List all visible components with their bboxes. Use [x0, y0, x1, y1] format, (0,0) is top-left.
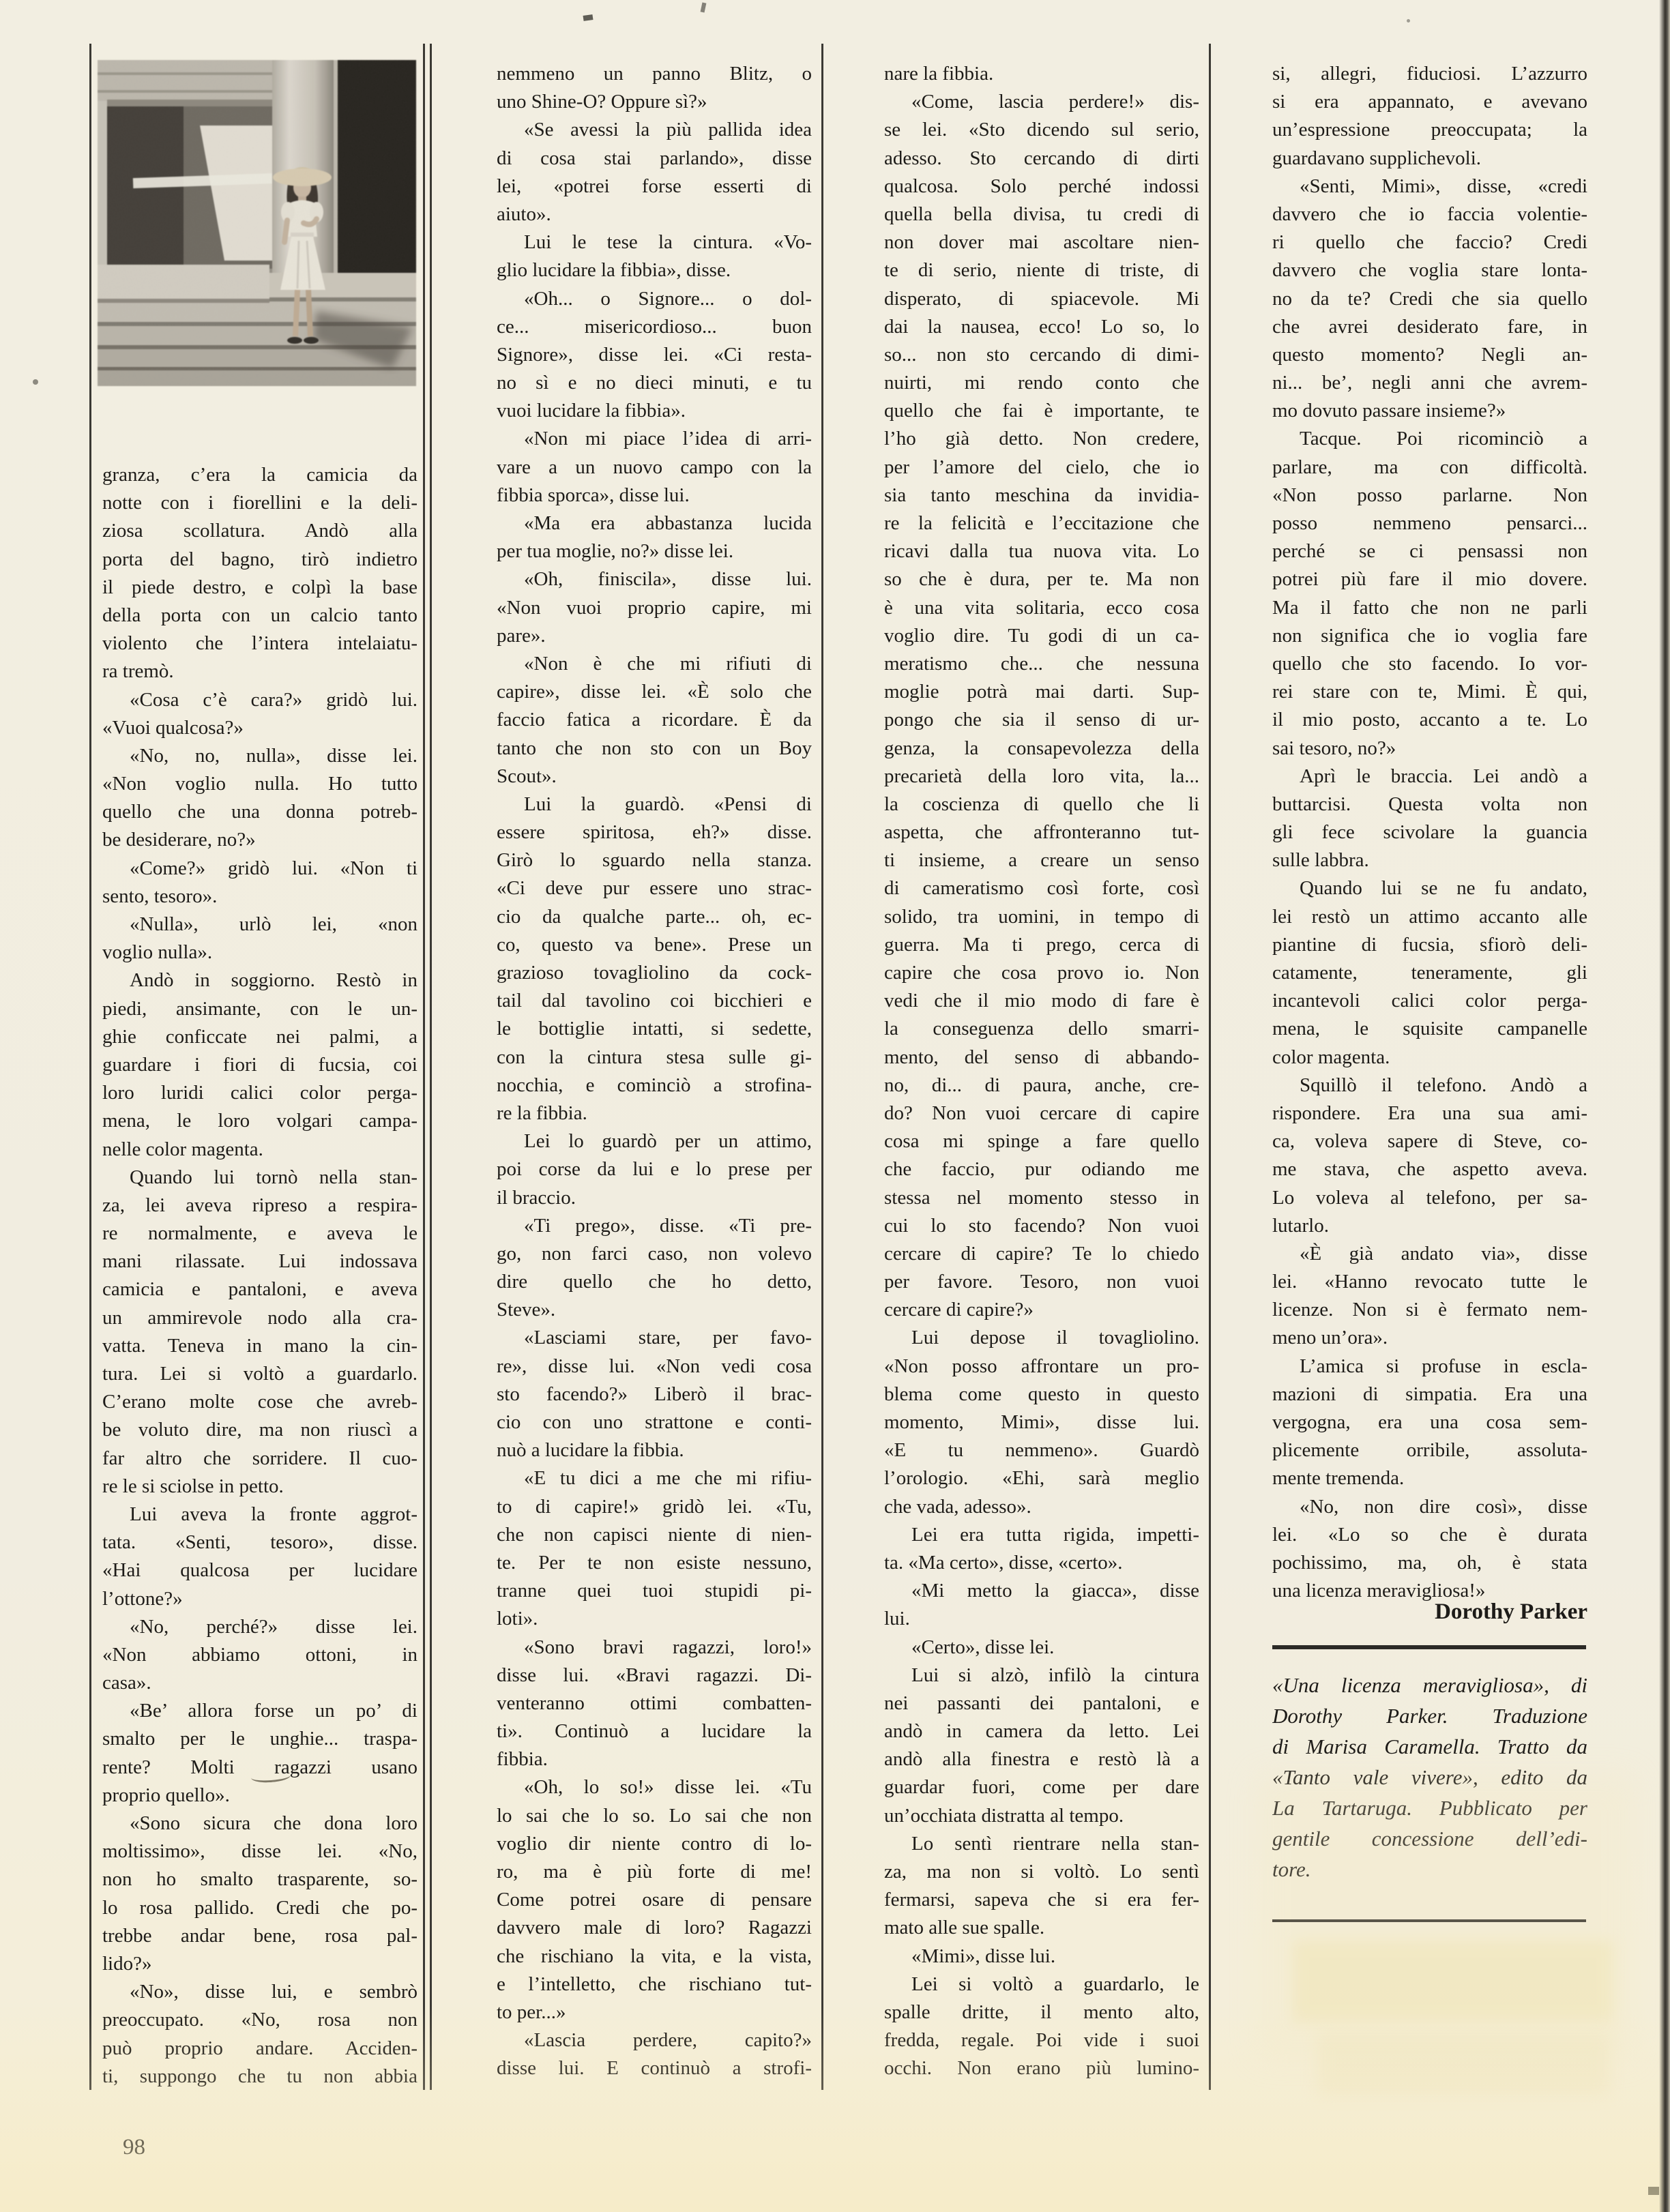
text-line: ghie conficcate nei palmi, a: [102, 1023, 417, 1051]
text-line: «Lascia perdere, capito?»: [497, 2026, 812, 2054]
text-line: ro, ma è più forte di me!: [497, 1858, 812, 1886]
text-line: mo dovuto passare insieme?»: [1272, 397, 1587, 425]
text-line: faccio fatica a ricordare. È da: [497, 706, 812, 734]
text-line: violento che l’intera intelaiatu-: [102, 630, 417, 658]
text-line: nuirti, mi rendo conto che: [884, 369, 1199, 397]
text-line: che non capisci niente di nien-: [497, 1521, 812, 1549]
text-line: che vada, adesso».: [884, 1493, 1199, 1521]
text-line: guerra. Ma ti prego, cerca di: [884, 931, 1199, 959]
text-line: mena, le squisite campanelle: [1272, 1015, 1587, 1043]
text-line: poi corse da lui e lo prese per: [497, 1155, 812, 1183]
text-line: occhi. Non erano più lumino-: [884, 2054, 1199, 2082]
credit-box: «Una licenza meravigliosa», diDorothy Pa…: [1272, 1670, 1587, 1885]
text-line: mento, del senso di abbando-: [884, 1044, 1199, 1072]
text-line: mazioni di simpatia. Era una: [1272, 1381, 1587, 1409]
text-line: tura. Lei si voltò a guardarlo.: [102, 1360, 417, 1388]
text-line: vatta. Teneva in mano la cin-: [102, 1332, 417, 1360]
text-line: lei. «Hanno revocato tutte le: [1272, 1268, 1587, 1296]
scan-speck: [701, 3, 707, 13]
text-line: nuò a lucidare la fibbia.: [497, 1436, 812, 1464]
text-line: posso nemmeno pensarci...: [1272, 510, 1587, 537]
text-line: sia tanto meschina da invidia-: [884, 482, 1199, 510]
text-line: voglio dire. Tu godi di un ca-: [884, 622, 1199, 650]
text-line: «Non posso affrontare un pro-: [884, 1353, 1199, 1381]
text-line: solido, tra uomini, in tempo di: [884, 903, 1199, 931]
text-line: si, allegri, fiduciosi. L’azzurro: [1272, 60, 1587, 88]
text-line: ti insieme, a creare un senso: [884, 846, 1199, 874]
text-line: mente tremenda.: [1272, 1464, 1587, 1492]
text-line: Girò lo sguardo nella stanza.: [497, 846, 812, 874]
text-line: andò alla finestra e restò là a: [884, 1745, 1199, 1773]
text-line: venteranno ottimi combatten-: [497, 1690, 812, 1717]
text-line: ri quello che faccio? Credi: [1272, 228, 1587, 256]
text-line: davvero male di loro? Ragazzi: [497, 1914, 812, 1942]
text-line: tanto che non sto con un Boy: [497, 735, 812, 763]
text-line: nare la fibbia.: [884, 60, 1199, 88]
text-line: della porta con un calcio tanto: [102, 602, 417, 630]
text-line: vedi che il mio modo di fare è: [884, 987, 1199, 1015]
text-line: quello che fai è importante, te: [884, 397, 1199, 425]
text-line: granza, c’era la camicia da: [102, 461, 417, 489]
text-line: quello che sto facendo. Io vor-: [1272, 650, 1587, 678]
text-line: «Come?» gridò lui. «Non ti: [102, 855, 417, 883]
text-line: «Cosa c’è cara?» gridò lui.: [102, 686, 417, 714]
text-line: «Lasciami stare, per favo-: [497, 1324, 812, 1352]
text-line: «Non è che mi rifiuti di: [497, 650, 812, 678]
text-line: l’orologio. «Ehi, sarà meglio: [884, 1464, 1199, 1492]
text-line: be desiderare, no?»: [102, 826, 417, 854]
text-line: voglio nulla».: [102, 939, 417, 967]
text-line: «Non abbiamo ottoni, in: [102, 1641, 417, 1669]
text-line: so che è dura, per te. Ma non: [884, 565, 1199, 593]
text-line: to di capire!» gridò lei. «Tu,: [497, 1493, 812, 1521]
text-line: precarietà della loro vita, la...: [884, 763, 1199, 791]
text-line: cercare di capire? Te lo chiedo: [884, 1240, 1199, 1268]
text-line: re la felicità e l’eccitazione che: [884, 510, 1199, 537]
text-line: catamente, teneramente, gli: [1272, 959, 1587, 987]
text-line: Aprì le braccia. Lei andò a: [1272, 763, 1587, 791]
text-line: do? Non vuoi cercare di capire: [884, 1100, 1199, 1127]
text-line: Quando lui tornò nella stan-: [102, 1164, 417, 1192]
text-line: quello che una donna potreb-: [102, 798, 417, 826]
text-line: rei stare con te, Mimi. È qui,: [1272, 678, 1587, 706]
text-line: disse lui. E continuò a strofi-: [497, 2054, 812, 2082]
text-line: color magenta.: [1272, 1044, 1587, 1072]
text-line: la coscienza di quello che li: [884, 791, 1199, 819]
text-line: «No», disse lui, e sembrò: [102, 1978, 417, 2006]
text-line: me stava, che aspetto aveva.: [1272, 1155, 1587, 1183]
text-line: Lei era tutta rigida, impetti-: [884, 1521, 1199, 1549]
text-line: Come potrei osare di pensare: [497, 1886, 812, 1914]
text-line: lui.: [884, 1605, 1199, 1633]
text-line: piedi, ansimante, con le un-: [102, 995, 417, 1023]
text-line: Lui depose il tovagliolino.: [884, 1324, 1199, 1352]
text-line: fibbia.: [497, 1745, 812, 1773]
text-line: sai tesoro, no?»: [1272, 735, 1587, 763]
text-line: per l’amore del cielo, che io: [884, 454, 1199, 482]
text-line: notte con i fiorellini e la deli-: [102, 489, 417, 517]
text-line: Andò in soggiorno. Restò in: [102, 967, 417, 994]
text-line: tata. «Senti, tesoro», disse.: [102, 1529, 417, 1557]
text-line: nei passanti dei pantaloni, e: [884, 1690, 1199, 1717]
text-line: e l’intelletto, che rischiano tut-: [497, 1971, 812, 1999]
column-divider-1b: [430, 44, 432, 2090]
text-line: che rischiano la vita, e la vista,: [497, 1943, 812, 1971]
text-line: ra tremò.: [102, 658, 417, 685]
text-line: Ma il fatto che non ne parli: [1272, 594, 1587, 622]
text-line: go, non farci caso, non volevo: [497, 1240, 812, 1268]
text-line: se lei. «Sto dicendo sul serio,: [884, 116, 1199, 144]
text-line: Lui la guardò. «Pensi di: [497, 791, 812, 819]
text-line: casa».: [102, 1669, 417, 1697]
magazine-page: granza, c’era la camicia danotte con i f…: [0, 0, 1670, 2212]
text-line: sulle labbra.: [1272, 846, 1587, 874]
text-line: «E tu dici a me che mi rifiu-: [497, 1464, 812, 1492]
text-line: no, di... di paura, anche, cre-: [884, 1072, 1199, 1100]
credit-line: tore.: [1272, 1854, 1587, 1885]
text-line: Steve».: [497, 1296, 812, 1324]
text-line: meno un’ora».: [1272, 1324, 1587, 1352]
text-line: lei restò un attimo accanto alle: [1272, 903, 1587, 931]
text-line: «Oh... o Signore... o dol-: [497, 285, 812, 313]
text-line: piantine di fucsia, sfiorò deli-: [1272, 931, 1587, 959]
scan-speck: [1648, 2187, 1659, 2195]
credit-box-bottom-rule: [1272, 1919, 1586, 1922]
text-line: pochissimo, ma, oh, è stata: [1272, 1549, 1587, 1577]
page-number: 98: [123, 2135, 145, 2160]
text-line: fredda, regale. Poi vide i suoi: [884, 2026, 1199, 2054]
text-line: «Ma era abbastanza lucida: [497, 510, 812, 537]
text-line: mena, le loro volgari campa-: [102, 1107, 417, 1135]
text-line: aspetta, che affronteranno tut-: [884, 819, 1199, 846]
left-frame-rule: [89, 44, 91, 2090]
text-line: per tua moglie, no?» disse lei.: [497, 537, 812, 565]
text-line: za, ma non si voltò. Lo sentì: [884, 1858, 1199, 1886]
text-line: questo momento? Negli an-: [1272, 341, 1587, 369]
text-line: Lei lo guardò per un attimo,: [497, 1127, 812, 1155]
text-line: lido?»: [102, 1950, 417, 1978]
text-line: momento, Mimi», disse lui.: [884, 1409, 1199, 1436]
text-line: non significa che io voglia fare: [1272, 622, 1587, 650]
text-line: ti». Continuò a lucidare la: [497, 1717, 812, 1745]
text-line: «No, no, nulla», disse lei.: [102, 742, 417, 770]
text-line: dire quello che ho detto,: [497, 1268, 812, 1296]
text-line: ta. «Ma certo», disse, «certo».: [884, 1549, 1199, 1577]
text-line: non ho smalto trasparente, so-: [102, 1866, 417, 1893]
text-line: «Ci deve pur essere uno strac-: [497, 874, 812, 902]
text-line: L’amica si profuse in escla-: [1272, 1353, 1587, 1381]
text-line: smalto per le unghie... traspa-: [102, 1725, 417, 1753]
bleed-through-ghost: [1317, 2031, 1610, 2096]
text-line: lei, «potrei forse esserti di: [497, 173, 812, 201]
text-line: vuoi lucidare la fibbia».: [497, 397, 812, 425]
text-line: fermarsi, sapeva che si era fer-: [884, 1886, 1199, 1914]
text-line: tranne quei tuoi stupidi pi-: [497, 1577, 812, 1605]
text-line: «Oh, lo so!» disse lei. «Tu: [497, 1773, 812, 1801]
text-line: pare».: [497, 622, 812, 650]
text-column-4: si, allegri, fiduciosi. L’azzurrosi era …: [1272, 60, 1587, 1605]
text-line: porta del bagno, tirò indietro: [102, 546, 417, 574]
text-line: cio da qualche parte... oh, ec-: [497, 903, 812, 931]
text-line: «No, non dire così», disse: [1272, 1493, 1587, 1521]
text-line: davvero che io faccia volentie-: [1272, 201, 1587, 228]
text-line: tail dal tavolino coi bicchieri e: [497, 987, 812, 1015]
text-line: ce... misericordioso... buon: [497, 313, 812, 341]
text-column-2: nemmeno un panno Blitz, ouno Shine-O? Op…: [497, 60, 812, 2083]
text-line: il piede destro, e colpì la base: [102, 574, 417, 602]
text-line: loro luridi calici color perga-: [102, 1079, 417, 1107]
text-line: per favore. Tesoro, non vuoi: [884, 1268, 1199, 1296]
text-line: dai la nausea, ecco! Lo so, lo: [884, 313, 1199, 341]
credit-box-top-rule: [1272, 1645, 1586, 1649]
text-line: guardar fuori, come per dare: [884, 1773, 1199, 1801]
text-line: quella bella divisa, tu credi di: [884, 201, 1199, 228]
text-line: ti, suppongo che tu non abbia: [102, 2063, 417, 2091]
credit-line: di Marisa Caramella. Tratto da: [1272, 1731, 1587, 1762]
text-line: qualcosa. Solo perché indossi: [884, 173, 1199, 201]
text-line: spalle dritte, il mento alto,: [884, 1999, 1199, 2026]
text-line: nemmeno un panno Blitz, o: [497, 60, 812, 88]
text-line: far altro che sorridere. Il cuo-: [102, 1445, 417, 1473]
text-line: «No, perché?» disse lei.: [102, 1613, 417, 1641]
text-line: moglie potrà mai darti. Sup-: [884, 678, 1199, 706]
text-line: za, lei aveva ripreso a respira-: [102, 1192, 417, 1220]
text-line: pongo che sia il senso di ur-: [884, 706, 1199, 734]
text-line: Lui le tese la cintura. «Vo-: [497, 228, 812, 256]
text-line: Signore», disse lei. «Ci resta-: [497, 341, 812, 369]
text-line: blema come questo in questo: [884, 1381, 1199, 1409]
text-line: no da te? Credi che sia quello: [1272, 285, 1587, 313]
text-line: lei. «Lo so che è durata: [1272, 1521, 1587, 1549]
text-line: lo sai che lo so. Lo sai che non: [497, 1802, 812, 1830]
text-line: «È già andato via», disse: [1272, 1240, 1587, 1268]
text-line: l’ho già detto. Non credere,: [884, 425, 1199, 453]
text-line: re le si sciolse in petto.: [102, 1473, 417, 1501]
text-line: «Mimi», disse lui.: [884, 1943, 1199, 1971]
column-divider-1a: [423, 44, 425, 2090]
text-column-3: nare la fibbia.«Come, lascia perdere!» d…: [884, 60, 1199, 2083]
text-line: lutarlo.: [1272, 1212, 1587, 1240]
text-line: preoccupato. «No, rosa non: [102, 2006, 417, 2034]
text-line: guardare i fiori di fucsia, coi: [102, 1051, 417, 1079]
text-line: con la cintura stesa sulle gi-: [497, 1044, 812, 1072]
text-line: «Non voglio nulla. Ho tutto: [102, 770, 417, 798]
text-line: voglio dir niente contro di lo-: [497, 1830, 812, 1858]
text-line: perché se ci pensassi non: [1272, 537, 1587, 565]
text-line: il braccio.: [497, 1184, 812, 1212]
text-line: le bottiglie intatti, si sedette,: [497, 1015, 812, 1043]
scan-speck: [583, 14, 594, 21]
text-line: Quando lui se ne fu andato,: [1272, 874, 1587, 902]
text-line: che avrei desiderato fare, in: [1272, 313, 1587, 341]
text-line: non dover mai ascoltare nien-: [884, 228, 1199, 256]
text-line: cui lo sto facendo? Non vuoi: [884, 1212, 1199, 1240]
text-line: proprio quello».: [102, 1782, 417, 1810]
text-line: Lei si voltò a guardarlo, le: [884, 1971, 1199, 1999]
text-line: un’occhiata distratta al tempo.: [884, 1802, 1199, 1830]
text-line: aiuto».: [497, 201, 812, 228]
text-line: di cosa stai parlando», disse: [497, 145, 812, 173]
text-line: so... non sto cercando di dimi-: [884, 341, 1199, 369]
text-line: «Oh, finiscila», disse lui.: [497, 565, 812, 593]
text-line: un ammirevole nodo alla cra-: [102, 1304, 417, 1332]
text-line: si era appannato, e avevano: [1272, 88, 1587, 116]
text-line: «Ti prego», disse. «Ti pre-: [497, 1212, 812, 1240]
text-line: un’espressione preoccupata; la: [1272, 116, 1587, 144]
text-line: capire che cosa provo io. Non: [884, 959, 1199, 987]
text-line: Squillò il telefono. Andò a: [1272, 1072, 1587, 1100]
text-line: buttarcisi. Questa volta non: [1272, 791, 1587, 819]
text-line: camicia e pantaloni, e aveva: [102, 1275, 417, 1303]
text-line: mato alle sue spalle.: [884, 1914, 1199, 1942]
text-line: «Se avessi la più pallida idea: [497, 116, 812, 144]
text-line: Scout».: [497, 763, 812, 791]
text-line: l’ottone?»: [102, 1585, 417, 1613]
text-line: è una vita solitaria, ecco cosa: [884, 594, 1199, 622]
text-line: «E tu nemmeno». Guardò: [884, 1436, 1199, 1464]
text-line: «Vuoi qualcosa?»: [102, 714, 417, 742]
text-line: sento, tesoro».: [102, 883, 417, 911]
credit-line: «Una licenza meravigliosa», di: [1272, 1670, 1587, 1700]
text-line: rispondere. Era una sua ami-: [1272, 1100, 1587, 1127]
text-line: glio lucidare la fibbia», disse.: [497, 256, 812, 284]
text-line: incantevoli calici color perga-: [1272, 987, 1587, 1015]
text-line: te di serio, niente di triste, di: [884, 256, 1199, 284]
text-line: Lo voleva al telefono, per sa-: [1272, 1184, 1587, 1212]
text-line: Tacque. Poi ricominciò a: [1272, 425, 1587, 453]
text-line: Lui aveva la fronte aggrot-: [102, 1501, 417, 1529]
text-line: «Mi metto la giacca», disse: [884, 1577, 1199, 1605]
text-line: che faccio, pur odiando me: [884, 1155, 1199, 1183]
text-line: mani rilassate. Lui indossava: [102, 1248, 417, 1275]
text-line: trebbe andar bene, rosa pal-: [102, 1922, 417, 1950]
text-line: potrei più fare il mio dovere.: [1272, 565, 1587, 593]
text-line: loti».: [497, 1605, 812, 1633]
text-line: cio con uno strattone e conti-: [497, 1409, 812, 1436]
text-line: «Certo», disse lei.: [884, 1634, 1199, 1662]
text-line: davvero che voglia stare lonta-: [1272, 256, 1587, 284]
text-line: «Nulla», urlò lei, «non: [102, 911, 417, 939]
text-line: be voluto dire, ma non riuscì a: [102, 1416, 417, 1444]
text-line: vergogna, era una cosa sem-: [1272, 1409, 1587, 1436]
text-line: ziosa scollatura. Andò alla: [102, 517, 417, 545]
text-line: uno Shine-O? Oppure sì?»: [497, 88, 812, 116]
text-line: C’erano molte cose che avreb-: [102, 1388, 417, 1416]
text-line: di cameratismo così forte, così: [884, 874, 1199, 902]
text-line: «Non vuoi proprio capire, mi: [497, 594, 812, 622]
text-line: capire», disse lei. «È solo che: [497, 678, 812, 706]
text-line: re normalmente, e aveva le: [102, 1220, 417, 1248]
story-photo: [98, 60, 416, 386]
text-line: genza, la consapevolezza della: [884, 735, 1199, 763]
text-line: «Hai qualcosa per lucidare: [102, 1557, 417, 1584]
text-line: moltissimo», disse lei. «No,: [102, 1838, 417, 1866]
text-line: «Sono sicura che dona loro: [102, 1810, 417, 1838]
text-line: nocchia, e cominciò a strofina-: [497, 1072, 812, 1100]
text-line: «Be’ allora forse un po’ di: [102, 1697, 417, 1725]
column-divider-2: [821, 44, 823, 2090]
text-line: gli fece scivolare la guancia: [1272, 819, 1587, 846]
text-line: Lui si alzò, infilò la cintura: [884, 1662, 1199, 1690]
text-line: «Senti, Mimi», disse, «credi: [1272, 173, 1587, 201]
byline: Dorothy Parker: [1272, 1599, 1587, 1625]
text-line: «Non mi piace l’idea di arri-: [497, 425, 812, 453]
credit-line: Dorothy Parker. Traduzione: [1272, 1700, 1587, 1731]
text-line: co, questo va bene». Prese un: [497, 931, 812, 959]
text-line: te. Per te non esiste nessuno,: [497, 1549, 812, 1577]
text-line: plicemente orribile, assoluta-: [1272, 1436, 1587, 1464]
text-line: adesso. Sto cercando di dirti: [884, 145, 1199, 173]
text-line: andò in camera da letto. Lei: [884, 1717, 1199, 1745]
column-divider-3: [1209, 44, 1211, 2090]
text-line: vare a un nuovo campo con la: [497, 454, 812, 482]
bleed-through-ghost: [1293, 1941, 1613, 2022]
text-line: cercare di capire?»: [884, 1296, 1199, 1324]
text-line: parlare, ma con difficoltà.: [1272, 454, 1587, 482]
text-line: stessa nel momento stesso in: [884, 1184, 1199, 1212]
text-line: ni... be’, negli anni che avrem-: [1272, 369, 1587, 397]
text-line: disperato, di spiacevole. Mi: [884, 285, 1199, 313]
text-line: grazioso tovagliolino da cock-: [497, 959, 812, 987]
text-line: «Non posso parlarne. Non: [1272, 482, 1587, 510]
credit-line: gentile concessione dell’edi-: [1272, 1823, 1587, 1854]
text-line: meratismo che... che nessuna: [884, 650, 1199, 678]
text-line: licenze. Non si è fermato nem-: [1272, 1296, 1587, 1324]
text-line: guardavano supplichevoli.: [1272, 145, 1587, 173]
text-line: Lo sentì rientrare nella stan-: [884, 1830, 1199, 1858]
text-line: re», disse lui. «Non vedi cosa: [497, 1353, 812, 1381]
text-line: «Come, lascia perdere!» dis-: [884, 88, 1199, 116]
text-line: il mio posto, accanto a te. Lo: [1272, 706, 1587, 734]
text-line: cosa mi spinge a fare quello: [884, 1127, 1199, 1155]
text-line: la conseguenza dello smarri-: [884, 1015, 1199, 1043]
scan-speck: [1407, 19, 1410, 23]
text-line: no sì e no dieci minuti, e tu: [497, 369, 812, 397]
text-column-1: granza, c’era la camicia danotte con i f…: [102, 461, 417, 2091]
text-line: sto facendo?» Liberò il brac-: [497, 1381, 812, 1409]
text-line: essere spiritosa, eh?» disse.: [497, 819, 812, 846]
credit-line: La Tartaruga. Pubblicato per: [1272, 1793, 1587, 1823]
text-line: «Sono bravi ragazzi, loro!»: [497, 1634, 812, 1662]
text-line: nelle color magenta.: [102, 1136, 417, 1164]
text-line: to per...»: [497, 1999, 812, 2026]
page-edge-shadow: [1659, 0, 1670, 2212]
scan-speck: [33, 379, 38, 385]
text-line: ca, voleva sapere di Steve, co-: [1272, 1127, 1587, 1155]
credit-line: «Tanto vale vivere», edito da: [1272, 1762, 1587, 1793]
text-line: lo rosa pallido. Credi che po-: [102, 1894, 417, 1922]
text-line: disse lui. «Bravi ragazzi. Di-: [497, 1662, 812, 1690]
photo-illustration: [98, 60, 416, 386]
text-line: ricavi dalla tua nuova vita. Lo: [884, 537, 1199, 565]
text-line: fibbia sporca», disse lui.: [497, 482, 812, 510]
text-line: re la fibbia.: [497, 1100, 812, 1127]
text-line: può proprio andare. Acciden-: [102, 2035, 417, 2063]
